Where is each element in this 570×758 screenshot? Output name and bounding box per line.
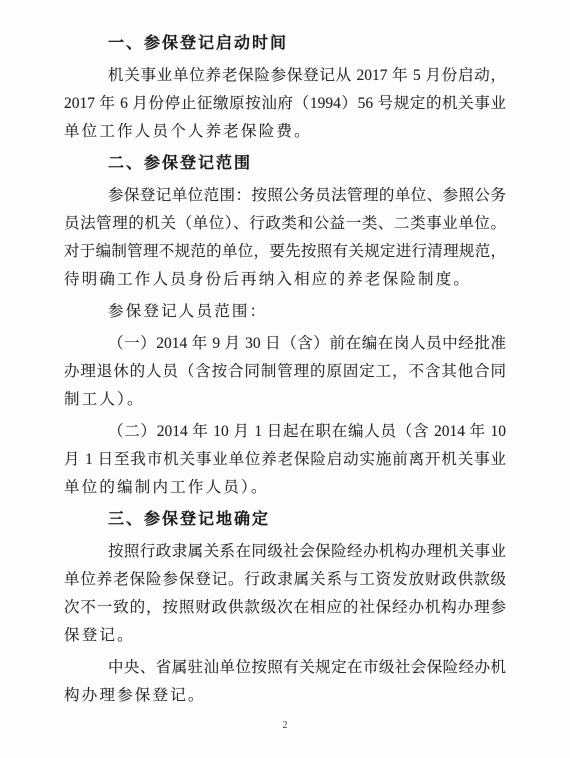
text-line: 构办理参保登记。 [64, 682, 506, 710]
text-line: 办理退休的人员（含按合同制管理的原固定工，不含其他合同 [64, 358, 506, 386]
text-line: 次不一致的，按照财政供款级次在相应的社保经办机构办理参 [64, 594, 506, 622]
text-line: 月 1 日至我市机关事业单位养老保险启动实施前离开机关事业 [64, 446, 506, 474]
page-number: 2 [64, 720, 506, 731]
section-2: 二、参保登记范围 [64, 150, 506, 178]
paragraph-item-2: （二）2014 年 10 月 1 日起在职在编人员（含 2014 年 10 月 … [64, 418, 506, 502]
text-line: 参保登记单位范围：按照公务员法管理的单位、参照公务 [64, 182, 506, 210]
text-line: 员法管理的机关（单位）、行政类和公益一类、二类事业单位。 [64, 210, 506, 238]
text-line: 制工人）。 [64, 386, 506, 414]
paragraph-central-units: 中央、省属驻汕单位按照有关规定在市级社会保险经办机 构办理参保登记。 [64, 654, 506, 710]
text-line: 按照行政隶属关系在同级社会保险经办机构办理机关事业 [64, 538, 506, 566]
paragraph-personnel-scope-label: 参保登记人员范围： [64, 298, 506, 326]
section-heading-2: 二、参保登记范围 [64, 150, 506, 178]
text-line: 对于编制管理不规范的单位，要先按照有关规定进行清理规范， [64, 238, 506, 266]
text-line: 中央、省属驻汕单位按照有关规定在市级社会保险经办机 [64, 654, 506, 682]
paragraph-unit-scope: 参保登记单位范围：按照公务员法管理的单位、参照公务 员法管理的机关（单位）、行政… [64, 182, 506, 294]
document-page: 一、参保登记启动时间 机关事业单位养老保险参保登记从 2017 年 5 月份启动… [0, 0, 570, 758]
paragraph-launch-time: 机关事业单位养老保险参保登记从 2017 年 5 月份启动， 2017 年 6 … [64, 62, 506, 146]
paragraph-registration-place: 按照行政隶属关系在同级社会保险经办机构办理机关事业 单位养老保险参保登记。行政隶… [64, 538, 506, 650]
text-line: 待明确工作人员身份后再纳入相应的养老保险制度。 [64, 266, 506, 294]
text-line: （一）2014 年 9 月 30 日（含）前在编在岗人员中经批准已 [64, 330, 506, 358]
text-line: 2017 年 6 月份停止征缴原按汕府（1994）56 号规定的机关事业 [64, 90, 506, 118]
text-line: （二）2014 年 10 月 1 日起在职在编人员（含 2014 年 10 [64, 418, 506, 446]
text-line: 单位的编制内工作人员）。 [64, 474, 506, 502]
section-heading-3: 三、参保登记地确定 [64, 506, 506, 534]
section-3: 三、参保登记地确定 [64, 506, 506, 534]
text-line: 参保登记人员范围： [64, 298, 506, 326]
text-line: 单位养老保险参保登记。行政隶属关系与工资发放财政供款级 [64, 566, 506, 594]
text-line: 保登记。 [64, 622, 506, 650]
text-line: 单位工作人员个人养老保险费。 [64, 118, 506, 146]
section-heading-1: 一、参保登记启动时间 [64, 30, 506, 58]
document-body: 一、参保登记启动时间 机关事业单位养老保险参保登记从 2017 年 5 月份启动… [0, 0, 570, 731]
text-line: 机关事业单位养老保险参保登记从 2017 年 5 月份启动， [64, 62, 506, 90]
paragraph-item-1: （一）2014 年 9 月 30 日（含）前在编在岗人员中经批准已 办理退休的人… [64, 330, 506, 414]
section-1: 一、参保登记启动时间 [64, 30, 506, 58]
